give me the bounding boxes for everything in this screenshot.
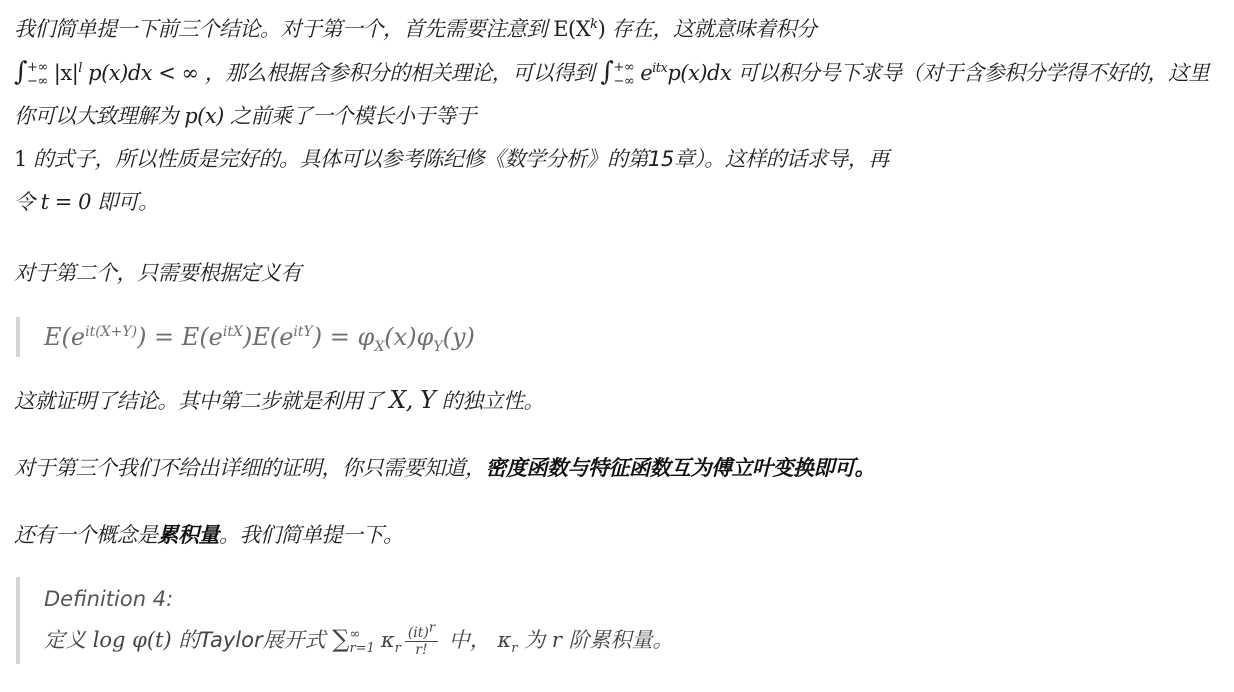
- text: 存在，这就意味着积分: [605, 17, 816, 41]
- math-taylor-series: ∑∞r=1κr(it)rr!: [332, 628, 442, 652]
- paragraph-proof-conclusion: 这就证明了结论。其中第二步就是利用了 X, Y 的独立性。: [14, 379, 1220, 423]
- math-r: r: [552, 628, 562, 652]
- definition-blockquote: Definition 4: 定义 log φ(t) 的Taylor展开式 ∑∞r…: [16, 577, 1220, 664]
- text: 之前乘了一个模长小于等于: [224, 104, 476, 128]
- math-one: 1: [14, 147, 27, 171]
- text: 的式子，所以性质是完好的。具体可以参考陈纪修《数学分析》的第15章）。这样的话求…: [27, 147, 889, 171]
- paragraph-cumulant-intro: 还有一个概念是累积量。我们简单提一下。: [14, 514, 1220, 557]
- paragraph-first-conclusion: 我们简单提一下前三个结论。对于第一个，首先需要注意到 E(Xk) 存在，这就意味…: [14, 8, 1220, 224]
- paragraph-second-conclusion: 对于第二个，只需要根据定义有: [14, 252, 1220, 295]
- math-expectation-xk: E(Xk): [553, 17, 605, 41]
- text: 我们简单提一下前三个结论。对于第一个，首先需要注意到: [14, 17, 553, 41]
- equation-independence: E(eit(X+Y)) = E(eitX)E(eitY) = φX(x)φY(y…: [44, 323, 475, 351]
- paragraph-third-conclusion: 对于第三个我们不给出详细的证明，你只需要知道，密度函数与特征函数互为傅立叶变换即…: [14, 447, 1220, 490]
- article-content: 我们简单提一下前三个结论。对于第一个，首先需要注意到 E(Xk) 存在，这就意味…: [0, 0, 1234, 664]
- math-integral-char: ∫+∞−∞eitxp(x)dx: [600, 61, 731, 85]
- equation-blockquote: E(eit(X+Y)) = E(eitX)E(eitY) = φX(x)φY(y…: [16, 317, 1220, 357]
- math-xy: X, Y: [389, 386, 435, 414]
- math-log-phi: log φ(t): [93, 628, 172, 652]
- text: 即可。: [91, 190, 159, 214]
- definition-title: Definition 4:: [44, 581, 1220, 617]
- math-px: p(x): [184, 104, 224, 128]
- text: 令: [14, 190, 41, 214]
- definition-body: 定义 log φ(t) 的Taylor展开式 ∑∞r=1κr(it)rr! 中，…: [44, 617, 1220, 662]
- text: ，那么根据含参积分的相关理论，可以得到: [199, 61, 601, 85]
- math-integral-abs-moment: ∫+∞−∞|x|l p(x)dx < ∞: [14, 61, 199, 85]
- math-kappa-r: κr: [497, 628, 517, 652]
- math-t-equals-zero: t = 0: [41, 190, 91, 214]
- bold-emphasis: 密度函数与特征函数互为傅立叶变换即可。: [486, 456, 876, 480]
- bold-term-cumulant: 累积量: [158, 523, 220, 547]
